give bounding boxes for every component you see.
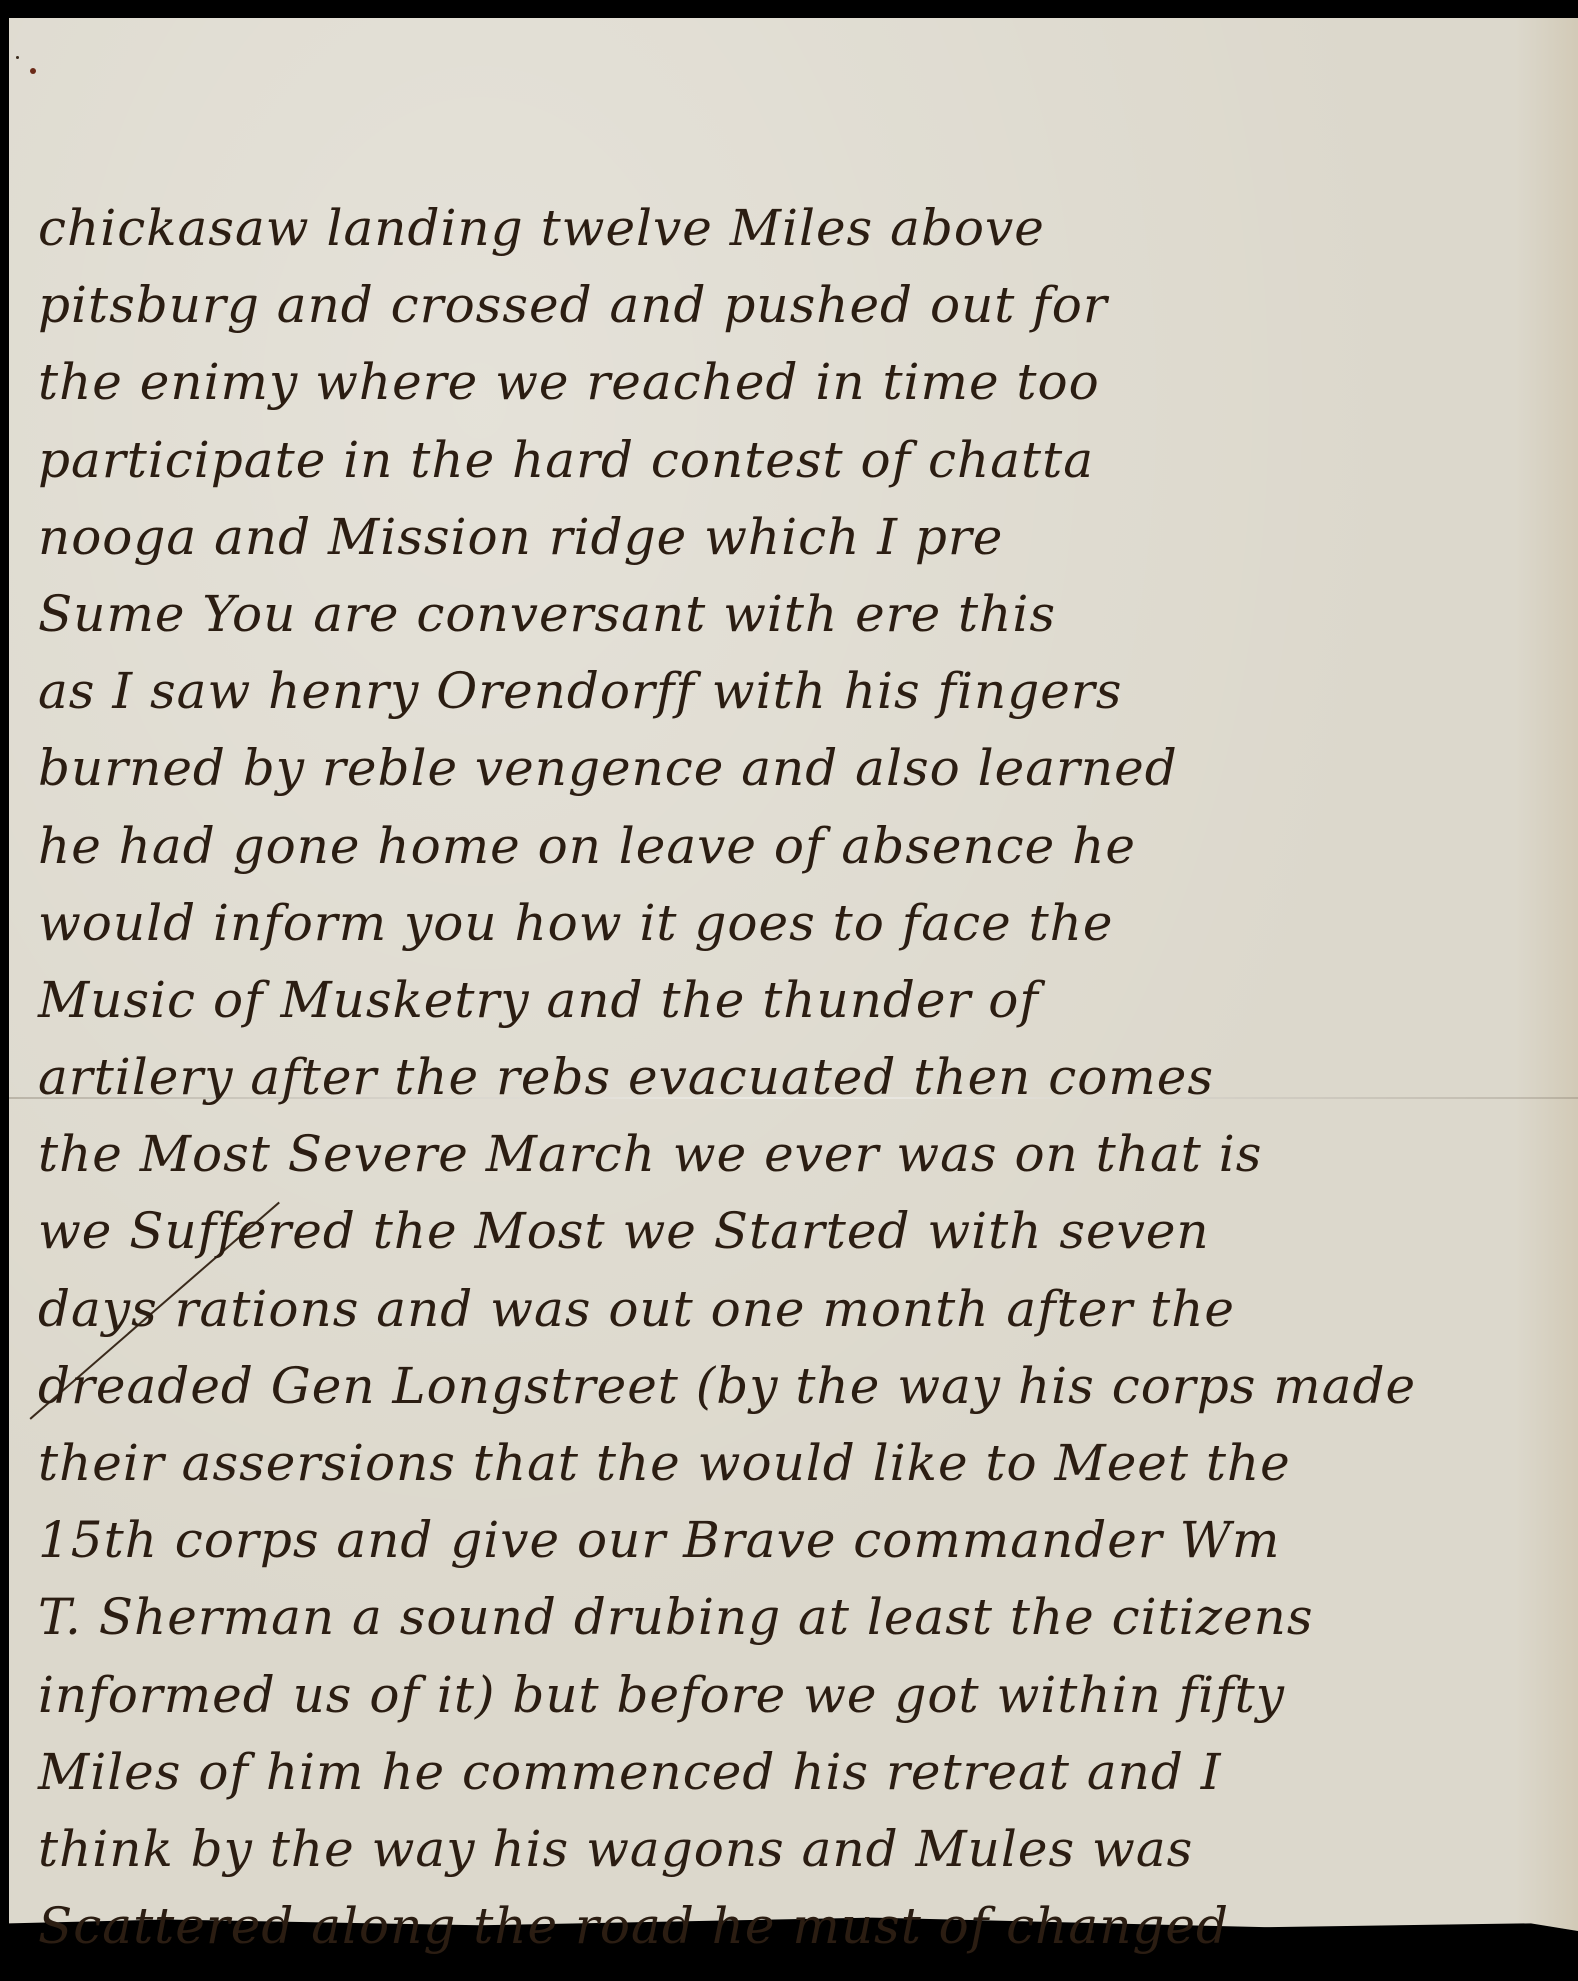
letter-line: T. Sherman a sound drubing at least the … xyxy=(38,1579,1568,1656)
letter-body: chickasaw landing twelve Miles above pit… xyxy=(38,190,1568,1965)
letter-line: as I saw henry Orendorff with his finger… xyxy=(38,653,1568,730)
letter-line: the enimy where we reached in time too xyxy=(38,344,1568,421)
letter-line: we Suffered the Most we Started with sev… xyxy=(38,1193,1568,1270)
ink-spot xyxy=(30,68,36,74)
letter-line: burned by reble vengence and also learne… xyxy=(38,730,1568,807)
letter-line: informed us of it) but before we got wit… xyxy=(38,1657,1568,1734)
letter-line: 15th corps and give our Brave commander … xyxy=(38,1502,1568,1579)
letter-line: chickasaw landing twelve Miles above xyxy=(38,190,1568,267)
letter-line: pitsburg and crossed and pushed out for xyxy=(38,267,1568,344)
letter-line: the Most Severe March we ever was on tha… xyxy=(38,1116,1568,1193)
letter-line: artilery after the rebs evacuated then c… xyxy=(38,1039,1568,1116)
letter-line: participate in the hard contest of chatt… xyxy=(38,422,1568,499)
letter-line: he had gone home on leave of absence he xyxy=(38,808,1568,885)
letter-line: their assersions that the would like to … xyxy=(38,1425,1568,1502)
letter-line: think by the way his wagons and Mules wa… xyxy=(38,1811,1568,1888)
letter-line: would inform you how it goes to face the xyxy=(38,885,1568,962)
letter-line: Sume You are conversant with ere this xyxy=(38,576,1568,653)
letter-line: dreaded Gen Longstreet (by the way his c… xyxy=(38,1348,1568,1425)
letter-line: days rations and was out one month after… xyxy=(38,1271,1568,1348)
letter-line: nooga and Mission ridge which I pre xyxy=(38,499,1568,576)
ink-spot xyxy=(16,56,19,59)
letter-line: Miles of him he commenced his retreat an… xyxy=(38,1734,1568,1811)
letter-line: Music of Musketry and the thunder of xyxy=(38,962,1568,1039)
letter-line: Scattered along the road he must of chan… xyxy=(38,1888,1568,1965)
